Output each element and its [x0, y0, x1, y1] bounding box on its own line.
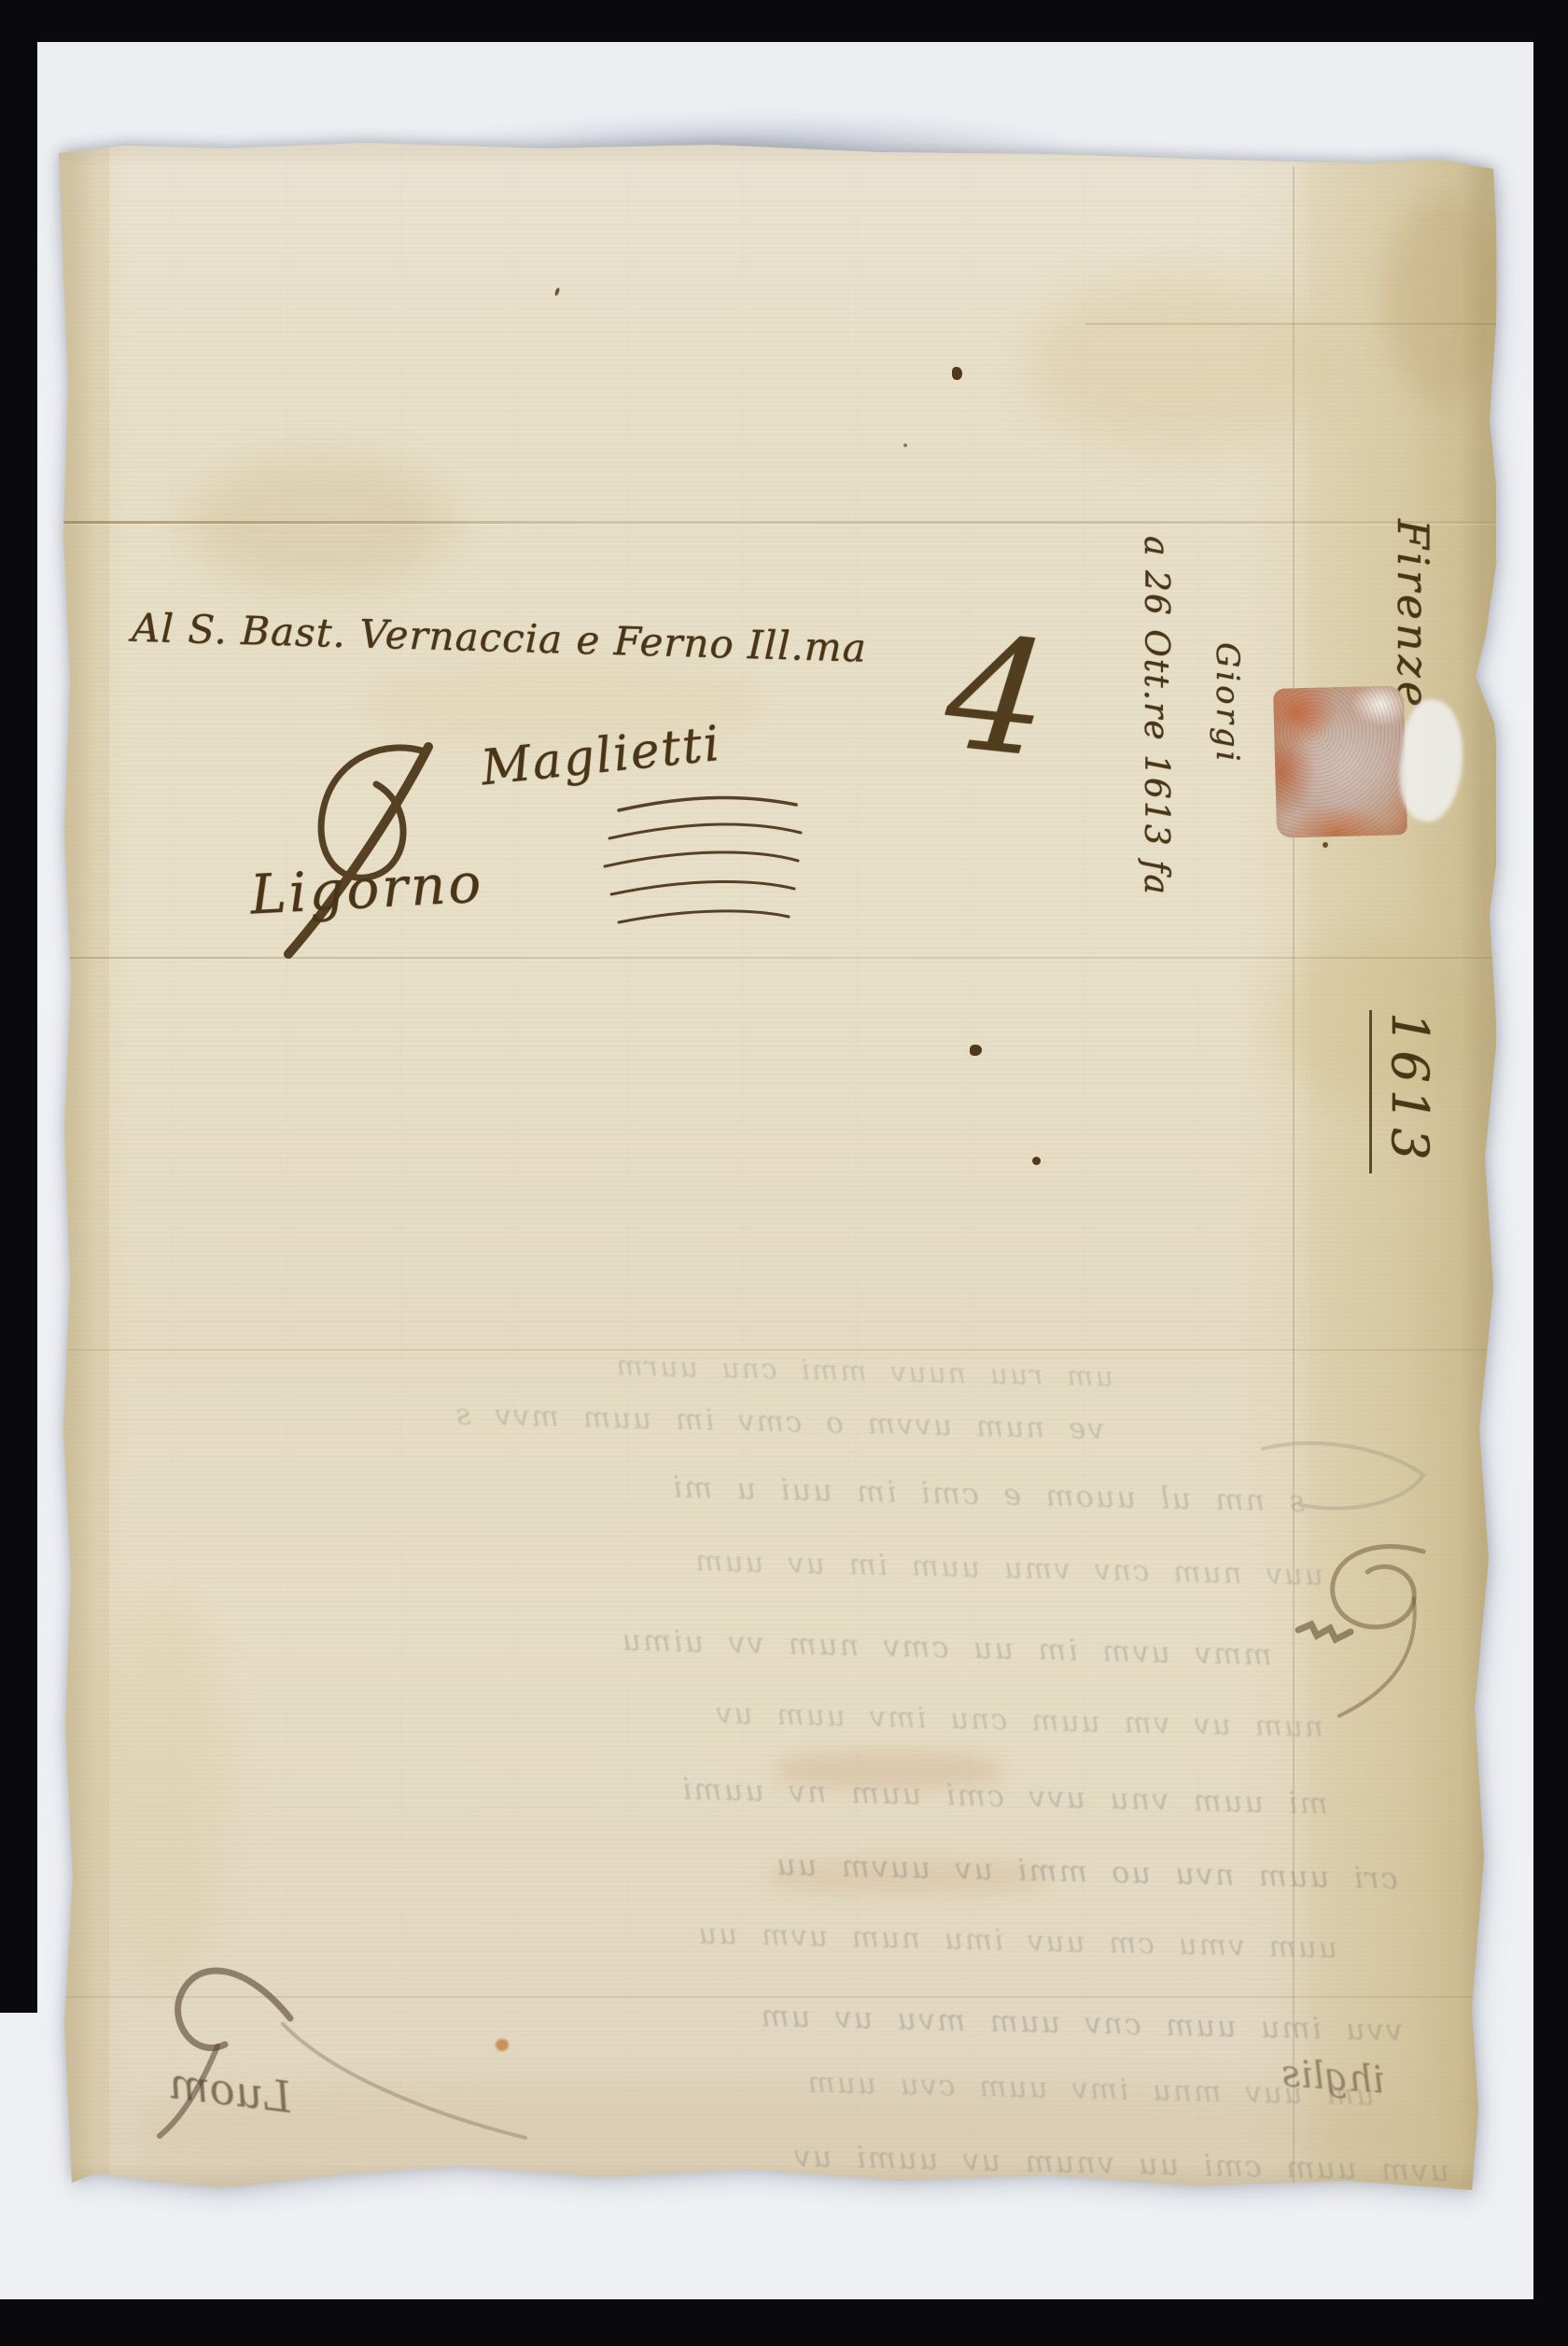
edge-shading — [59, 140, 1496, 2194]
parchment-surface: um ruu nuuv mmi cnu uurmve num uvvm o cm… — [59, 140, 1496, 2194]
white-backdrop-extension — [0, 2013, 37, 2299]
photo-of-manuscript: um ruu nuuv mmi cnu uurmve num uvvm o cm… — [0, 0, 1568, 2346]
letter-sheet: um ruu nuuv mmi cnu uurmve num uvvm o cm… — [59, 140, 1496, 2194]
